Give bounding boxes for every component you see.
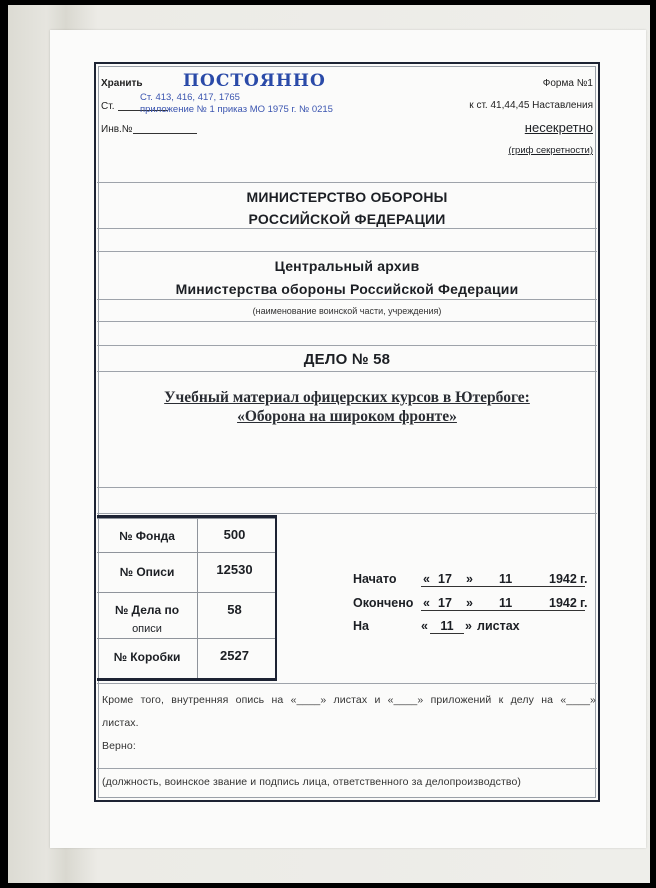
table-row: № Описи 12530 — [97, 552, 275, 593]
divider — [97, 487, 597, 488]
form-frame — [94, 62, 600, 802]
divider — [97, 299, 597, 300]
stamp-articles: Ст. 413, 416, 417, 1765 — [140, 92, 240, 103]
started-date: « 17 » 11 1942 — [421, 572, 585, 587]
inventory-number-label: Инв.№ — [101, 124, 133, 135]
classification-value: несекретно — [525, 120, 593, 135]
divider — [97, 768, 597, 769]
inventory-number-blank — [133, 133, 197, 134]
article-label: Ст. — [101, 101, 114, 112]
store-label: Хранить — [101, 78, 143, 89]
divider — [97, 182, 597, 183]
divider — [97, 683, 597, 684]
inventory-note-cont: листах. — [102, 717, 139, 729]
table-row: № Фонда 500 — [97, 518, 275, 553]
divider — [97, 371, 597, 372]
verified-label: Верно: — [102, 740, 136, 752]
archive-line1: Центральный архив — [97, 258, 597, 274]
organization-caption: (наименование воинской части, учреждения… — [97, 306, 597, 316]
archive-line2: Министерства обороны Российской Федераци… — [97, 281, 597, 297]
registry-table: № Фонда 500 № Описи 12530 № Дела по опис… — [97, 515, 277, 681]
ended-label: Окончено — [353, 596, 413, 610]
divider — [97, 251, 597, 252]
signature-caption: (должность, воинское звание и подпись ли… — [102, 776, 521, 788]
ministry-line1: МИНИСТЕРСТВО ОБОРОНЫ — [97, 189, 597, 205]
sheets-prefix: На — [353, 619, 369, 633]
case-title: ДЕЛО № 58 — [97, 351, 597, 368]
stamp-appendix: приложение № 1 приказ МО 1975 г. № 0215 — [140, 104, 333, 115]
ended-date: « 17 » 11 1942 — [421, 596, 585, 611]
form-number: Форма №1 — [543, 78, 593, 89]
case-subject-line2: «Оборона на широком фронте» — [97, 408, 597, 426]
divider — [97, 345, 597, 346]
classification-caption: (гриф секретности) — [508, 145, 593, 156]
inventory-note: Кроме того, внутренняя опись на «____» л… — [102, 694, 596, 706]
sheets-suffix: листах — [477, 619, 520, 633]
form-reference: к ст. 41,44,45 Наставления — [469, 100, 593, 111]
started-label: Начато — [353, 572, 396, 586]
permanent-stamp: ПОСТОЯННО — [183, 71, 326, 91]
divider — [97, 513, 597, 514]
case-subject-line1: Учебный материал офицерских курсов в Юте… — [97, 389, 597, 407]
table-row: № Коробки 2527 — [97, 638, 275, 679]
ministry-line2: РОССИЙСКОЙ ФЕДЕРАЦИИ — [97, 211, 597, 227]
sheets-count: 11 — [430, 619, 464, 634]
table-row: № Дела по описи 58 — [97, 592, 275, 639]
divider — [97, 321, 597, 322]
divider — [97, 228, 597, 229]
